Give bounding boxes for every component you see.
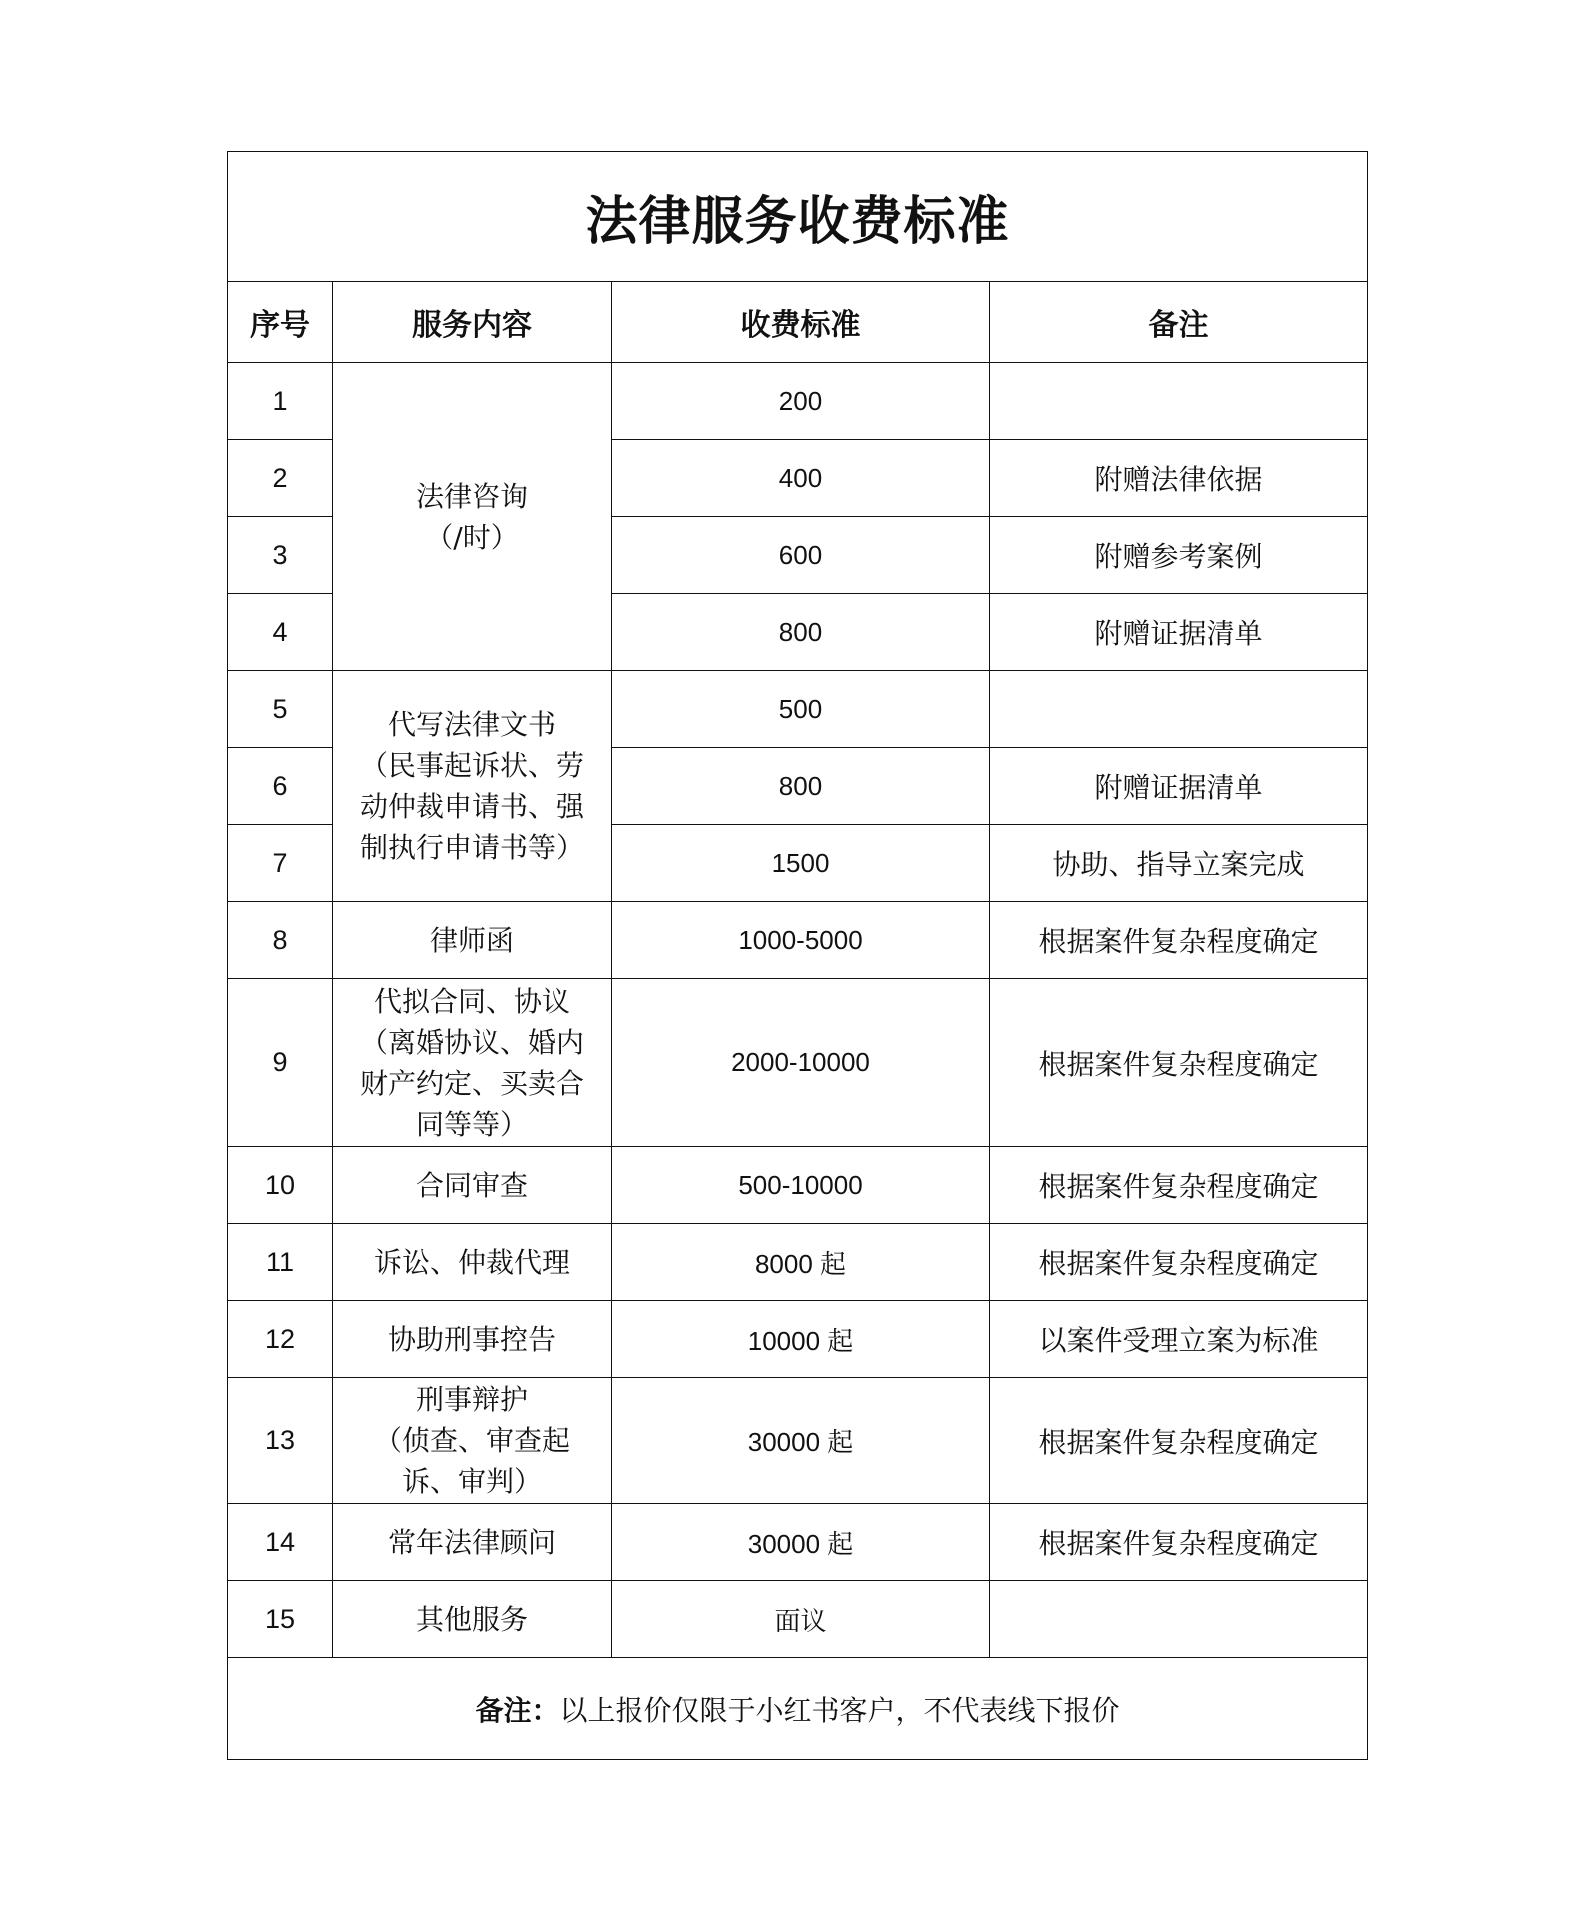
row-seq: 9 [228,979,333,1147]
row-note: 根据案件复杂程度确定 [990,1224,1368,1301]
row-fee: 200 [612,363,990,440]
row-fee: 8000 起 [612,1224,990,1301]
service-line: 刑事辩护 [337,1379,607,1420]
row-note: 根据案件复杂程度确定 [990,1504,1368,1581]
service-other: 其他服务 [333,1581,612,1658]
row-note: 根据案件复杂程度确定 [990,902,1368,979]
row-seq: 6 [228,748,333,825]
service-litigation: 诉讼、仲裁代理 [333,1224,612,1301]
row-seq: 5 [228,671,333,748]
service-line: （民事起诉状、劳 [337,745,607,786]
service-line: 代写法律文书 [337,704,607,745]
row-note: 以案件受理立案为标准 [990,1301,1368,1378]
row-note [990,671,1368,748]
row-fee: 500 [612,671,990,748]
service-criminal-defense: 刑事辩护 （侦查、审查起 诉、审判） [333,1378,612,1504]
page-title: 法律服务收费标准 [228,152,1368,282]
table-row: 14 常年法律顾问 30000 起 根据案件复杂程度确定 [228,1504,1368,1581]
service-line: 财产约定、买卖合 [337,1063,607,1104]
service-line: （侦查、审查起 [337,1420,607,1461]
table-row: 1 法律咨询 （/时） 200 [228,363,1368,440]
row-note [990,1581,1368,1658]
footer-text: 以上报价仅限于小红书客户，不代表线下报价 [560,1694,1120,1727]
row-fee: 1000-5000 [612,902,990,979]
column-header-note: 备注 [990,282,1368,363]
row-fee: 10000 起 [612,1301,990,1378]
row-seq: 3 [228,517,333,594]
row-seq: 15 [228,1581,333,1658]
header-row: 序号 服务内容 收费标准 备注 [228,282,1368,363]
table-row: 13 刑事辩护 （侦查、审查起 诉、审判） 30000 起 根据案件复杂程度确定 [228,1378,1368,1504]
footer-note: 备注：以上报价仅限于小红书客户，不代表线下报价 [228,1658,1368,1760]
row-seq: 2 [228,440,333,517]
row-fee: 800 [612,748,990,825]
row-fee: 600 [612,517,990,594]
table-row: 12 协助刑事控告 10000 起 以案件受理立案为标准 [228,1301,1368,1378]
row-fee: 1500 [612,825,990,902]
service-line: 代拟合同、协议 [337,981,607,1022]
row-fee: 400 [612,440,990,517]
row-note: 附赠法律依据 [990,440,1368,517]
row-fee: 面议 [612,1581,990,1658]
row-fee: 30000 起 [612,1504,990,1581]
row-seq: 8 [228,902,333,979]
row-note: 根据案件复杂程度确定 [990,979,1368,1147]
row-fee: 30000 起 [612,1378,990,1504]
column-header-seq: 序号 [228,282,333,363]
service-legal-consult: 法律咨询 （/时） [333,363,612,671]
column-header-fee: 收费标准 [612,282,990,363]
table-row: 15 其他服务 面议 [228,1581,1368,1658]
table-row: 10 合同审查 500-10000 根据案件复杂程度确定 [228,1147,1368,1224]
row-seq: 7 [228,825,333,902]
row-note: 协助、指导立案完成 [990,825,1368,902]
row-seq: 14 [228,1504,333,1581]
service-criminal-complaint: 协助刑事控告 [333,1301,612,1378]
row-seq: 10 [228,1147,333,1224]
service-contract-drafting: 代拟合同、协议 （离婚协议、婚内 财产约定、买卖合 同等等） [333,979,612,1147]
row-fee: 500-10000 [612,1147,990,1224]
service-line: 制执行申请书等） [337,827,607,868]
row-note: 附赠证据清单 [990,594,1368,671]
service-line: 同等等） [337,1104,607,1145]
row-note: 附赠参考案例 [990,517,1368,594]
fee-schedule-table: 法律服务收费标准 序号 服务内容 收费标准 备注 1 法律咨询 （/时） 200… [227,151,1368,1760]
column-header-service: 服务内容 [333,282,612,363]
table-row: 8 律师函 1000-5000 根据案件复杂程度确定 [228,902,1368,979]
service-line: （离婚协议、婚内 [337,1022,607,1063]
row-seq: 13 [228,1378,333,1504]
row-seq: 1 [228,363,333,440]
service-document-drafting: 代写法律文书 （民事起诉状、劳 动仲裁申请书、强 制执行申请书等） [333,671,612,902]
row-note: 附赠证据清单 [990,748,1368,825]
row-fee: 800 [612,594,990,671]
title-row: 法律服务收费标准 [228,152,1368,282]
row-note [990,363,1368,440]
row-note: 根据案件复杂程度确定 [990,1147,1368,1224]
row-seq: 12 [228,1301,333,1378]
table-row: 11 诉讼、仲裁代理 8000 起 根据案件复杂程度确定 [228,1224,1368,1301]
service-line: 动仲裁申请书、强 [337,786,607,827]
service-line: 诉、审判） [337,1461,607,1502]
row-fee: 2000-10000 [612,979,990,1147]
row-seq: 11 [228,1224,333,1301]
service-lawyer-letter: 律师函 [333,902,612,979]
table-row: 5 代写法律文书 （民事起诉状、劳 动仲裁申请书、强 制执行申请书等） 500 [228,671,1368,748]
row-note: 根据案件复杂程度确定 [990,1378,1368,1504]
row-seq: 4 [228,594,333,671]
table-row: 9 代拟合同、协议 （离婚协议、婚内 财产约定、买卖合 同等等） 2000-10… [228,979,1368,1147]
service-line: （/时） [337,517,607,558]
footer-label: 备注： [475,1694,559,1727]
service-contract-review: 合同审查 [333,1147,612,1224]
service-line: 法律咨询 [337,476,607,517]
service-legal-advisor: 常年法律顾问 [333,1504,612,1581]
fee-schedule-sheet: 法律服务收费标准 序号 服务内容 收费标准 备注 1 法律咨询 （/时） 200… [227,151,1367,1760]
footer-row: 备注：以上报价仅限于小红书客户，不代表线下报价 [228,1658,1368,1760]
